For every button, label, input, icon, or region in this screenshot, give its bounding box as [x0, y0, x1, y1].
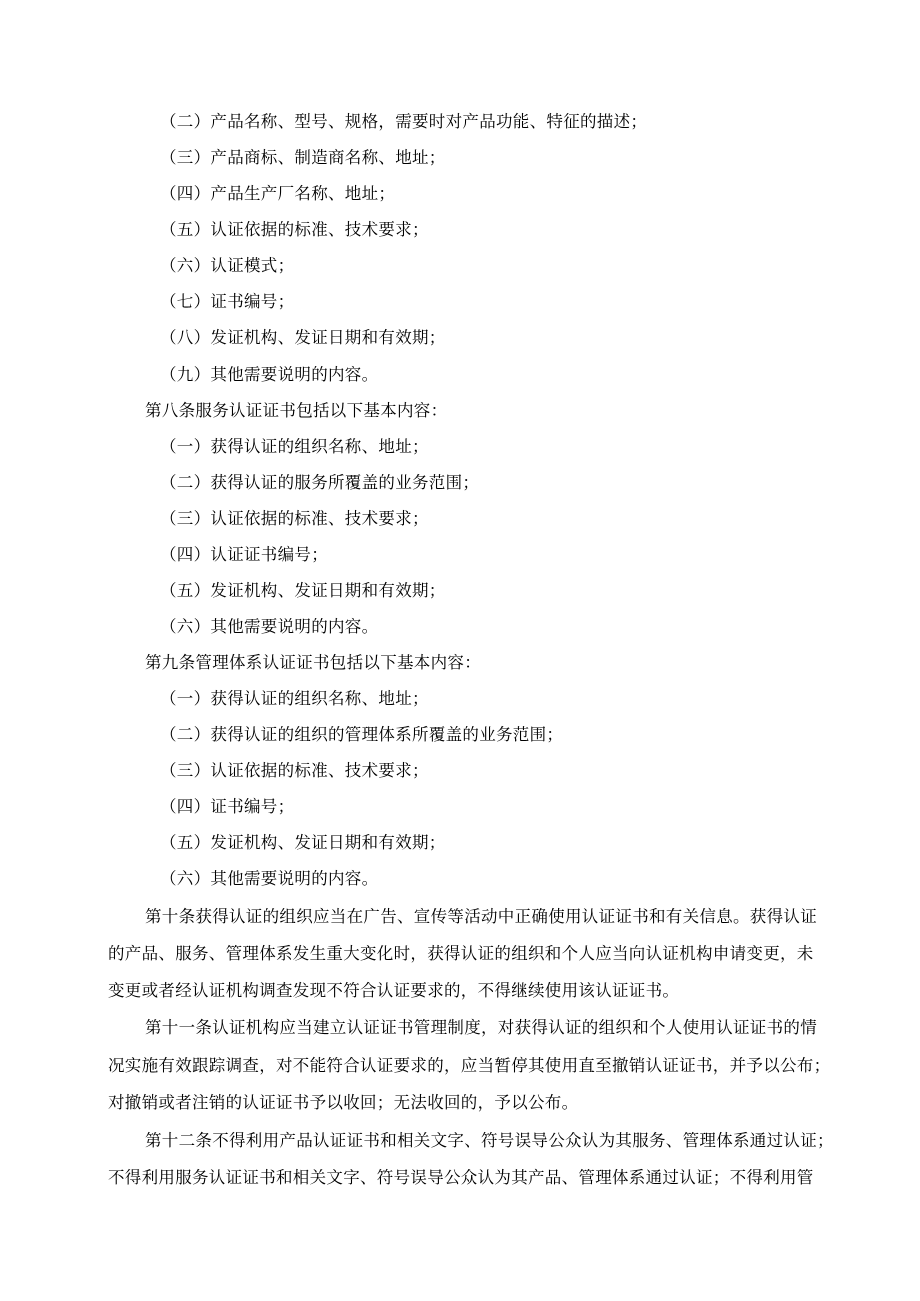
article8-item-5: （五）发证机构、发证日期和有效期；	[160, 581, 446, 601]
article12-line-2: 不得利用服务认证证书和相关文字、符号误导公众认为其产品、管理体系通过认证；不得利…	[108, 1168, 814, 1188]
article7-item-9: （九）其他需要说明的内容。	[160, 365, 378, 385]
article10-line-3: 变更或者经认证机构调查发现不符合认证要求的，不得继续使用该认证证书。	[108, 981, 679, 1001]
article12-line-1: 第十二条不得利用产品认证证书和相关文字、符号误导公众认为其服务、管理体系通过认证…	[145, 1131, 834, 1151]
article10-line-2: 的产品、服务、管理体系发生重大变化时，获得认证的组织和个人应当向认证机构申请变更…	[108, 944, 814, 964]
article11-line-3: 对撤销或者注销的认证证书予以收回；无法收回的，予以公布。	[108, 1093, 578, 1113]
article7-item-3: （三）产品商标、制造商名称、地址；	[160, 148, 446, 168]
article7-item-6: （六）认证模式；	[160, 256, 294, 276]
article7-item-8: （八）发证机构、发证日期和有效期；	[160, 328, 446, 348]
article7-item-2: （二）产品名称、型号、规格，需要时对产品功能、特征的描述；	[160, 112, 647, 132]
article9-heading: 第九条管理体系认证证书包括以下基本内容：	[145, 653, 481, 673]
article8-item-2: （二）获得认证的服务所覆盖的业务范围；	[160, 473, 479, 493]
article9-item-4: （四）证书编号；	[160, 797, 294, 817]
article10-line-1: 第十条获得认证的组织应当在广告、宣传等活动中正确使用认证证书和有关信息。获得认证	[145, 907, 817, 927]
article8-heading: 第八条服务认证证书包括以下基本内容：	[145, 401, 447, 421]
article8-item-3: （三）认证依据的标准、技术要求；	[160, 509, 429, 529]
article11-line-1: 第十一条认证机构应当建立认证证书管理制度，对获得认证的组织和个人使用认证证书的情	[145, 1018, 817, 1038]
article9-item-3: （三）认证依据的标准、技术要求；	[160, 761, 429, 781]
article11-line-2: 况实施有效跟踪调查，对不能符合认证要求的，应当暂停其使用直至撤销认证证书，并予以…	[108, 1056, 830, 1076]
document-page: （二）产品名称、型号、规格，需要时对产品功能、特征的描述； （三）产品商标、制造…	[0, 0, 920, 1301]
article7-item-5: （五）认证依据的标准、技术要求；	[160, 220, 429, 240]
article9-item-5: （五）发证机构、发证日期和有效期；	[160, 833, 446, 853]
article8-item-4: （四）认证证书编号；	[160, 545, 328, 565]
article8-item-1: （一）获得认证的组织名称、地址；	[160, 437, 429, 457]
article8-item-6: （六）其他需要说明的内容。	[160, 617, 378, 637]
article9-item-1: （一）获得认证的组织名称、地址；	[160, 689, 429, 709]
article7-item-4: （四）产品生产厂名称、地址；	[160, 184, 395, 204]
article7-item-7: （七）证书编号；	[160, 292, 294, 312]
article9-item-6: （六）其他需要说明的内容。	[160, 869, 378, 889]
article9-item-2: （二）获得认证的组织的管理体系所覆盖的业务范围；	[160, 725, 563, 745]
